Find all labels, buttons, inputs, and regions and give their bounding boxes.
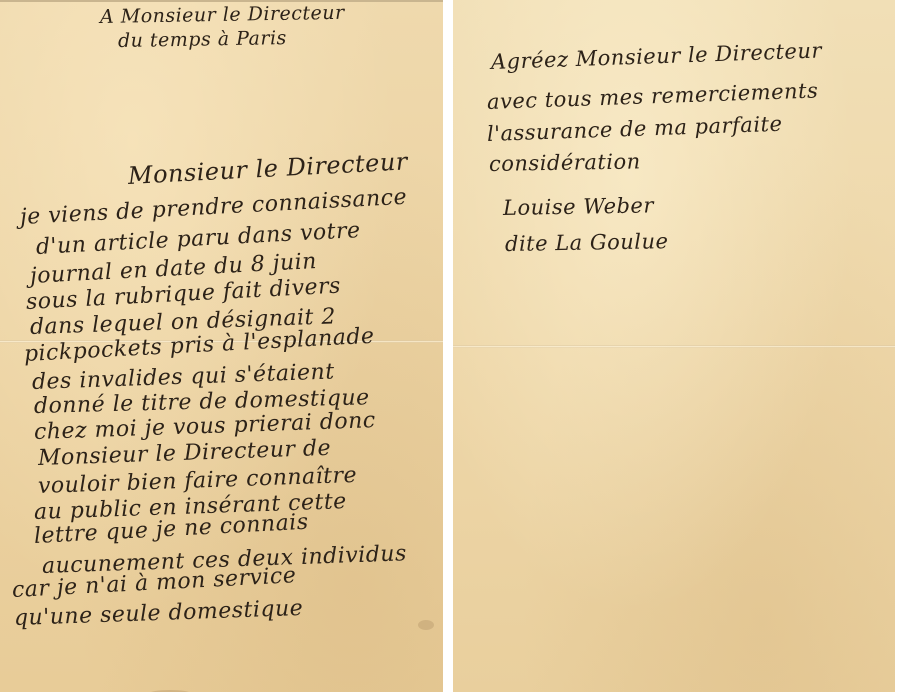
closing-line: avec tous mes remerciements: [487, 78, 819, 114]
letter-page-left: A Monsieur le Directeur du temps à Paris…: [0, 0, 443, 692]
closing-line: Agréez Monsieur le Directeur: [491, 38, 823, 74]
closing-line: l'assurance de ma parfaite: [487, 112, 783, 146]
address-line-1: A Monsieur le Directeur: [100, 2, 345, 28]
letter-line: qu'une seule domestique: [14, 596, 304, 631]
closing-line: considération: [489, 149, 641, 176]
signature-name: Louise Weber: [503, 193, 654, 220]
paper-stain: [418, 620, 434, 630]
paper-fold-line: [453, 345, 895, 348]
salutation: Monsieur le Directeur: [127, 147, 408, 190]
address-line-2: du temps à Paris: [118, 27, 287, 52]
signature-alias: dite La Goulue: [505, 229, 669, 256]
letter-page-right: Agréez Monsieur le Directeur avec tous m…: [453, 0, 895, 692]
